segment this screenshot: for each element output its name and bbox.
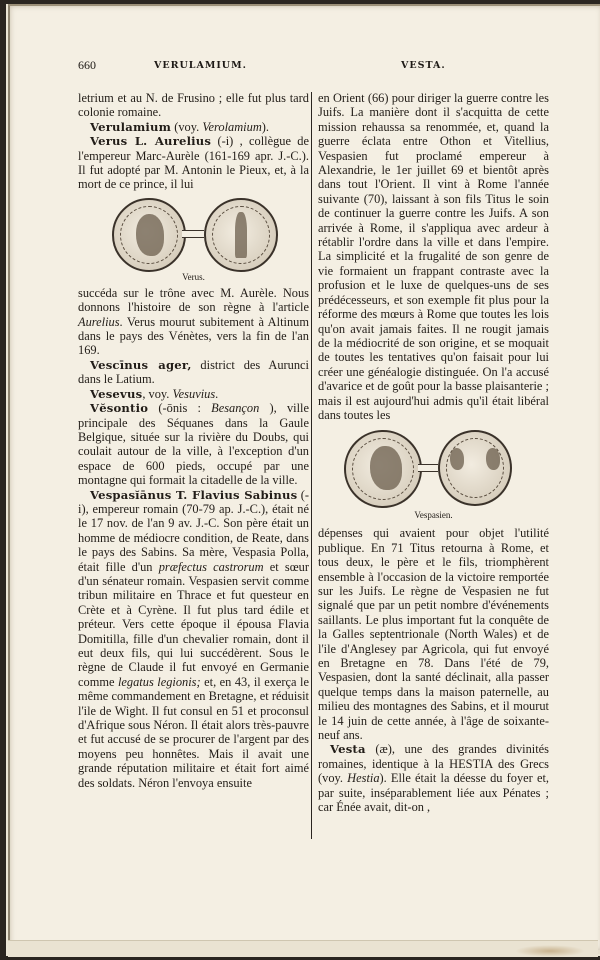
column-divider	[311, 92, 312, 839]
page-bottom-edge	[8, 940, 598, 957]
entry-vesontio: Vĕsontio (-ōnis : Besançon ), ville prin…	[78, 401, 309, 487]
headword: Verulamium	[90, 120, 171, 134]
right-running-head: VESTA.	[401, 60, 446, 71]
entry-vescinus: Vescīnus ager, district des Aurunci dans…	[78, 358, 309, 387]
coin-figure-verus: Verus.	[78, 198, 309, 282]
headword: Vesevus	[90, 387, 142, 401]
figure-caption: Vespasien.	[318, 508, 549, 522]
coin-reverse	[204, 198, 278, 272]
headword: Vespasĭānus T. Flavius Sabinus	[90, 488, 297, 502]
cross-reference: Hestia	[347, 771, 379, 785]
entry-vespasianus-cont: en Orient (66) pour diriger la guerre co…	[318, 91, 549, 422]
headword: Vĕsontio	[90, 401, 148, 415]
entry-verus-cont: succéda sur le trône avec M. Aurèle. Nou…	[78, 286, 309, 358]
continuation-text: letrium et au N. de Frusino ; elle fut p…	[78, 91, 309, 120]
entry-vespasianus-cont-2: dépenses qui avaient pour objet l'utilit…	[318, 526, 549, 742]
coin-connector	[182, 230, 204, 238]
left-column: letrium et au N. de Frusino ; elle fut p…	[78, 91, 309, 790]
animal-figure-left	[450, 448, 464, 470]
entry-vesevus: Vesevus, voy. Vesuvius.	[78, 387, 309, 401]
page-number: 660	[78, 58, 96, 73]
cross-reference: Besançon	[211, 401, 259, 415]
paper-stain	[515, 945, 585, 957]
coin-connector	[418, 464, 438, 472]
cross-reference: Verolamium	[202, 120, 261, 134]
figure-caption: Verus.	[78, 270, 309, 284]
headword: Vescīnus ager,	[90, 358, 192, 372]
entry-verulamium: Verulamium (voy. Verolamium).	[78, 120, 309, 134]
headword: Vesta	[330, 742, 366, 756]
headword: Verus L. Aurelius	[90, 134, 211, 148]
entry-vesta: Vesta (æ), une des grandes divinités rom…	[318, 742, 549, 814]
coin-figure-vespasien: Vespasien.	[318, 430, 549, 522]
coin-reverse	[438, 430, 512, 506]
coin-obverse	[112, 198, 186, 272]
cross-reference: Aurelius	[78, 315, 120, 329]
left-running-head: VERULAMIUM.	[154, 60, 247, 71]
entry-verus: Verus L. Aurelius (-i) , collègue de l'e…	[78, 134, 309, 192]
portrait-bust	[370, 446, 402, 490]
portrait-bust	[136, 214, 164, 256]
animal-figure-right	[486, 448, 500, 470]
entry-vespasianus: Vespasĭānus T. Flavius Sabinus (-i), emp…	[78, 488, 309, 791]
running-header: 660 VERULAMIUM. VESTA.	[78, 58, 533, 74]
coin-obverse	[344, 430, 422, 508]
cross-reference: Vesuvius	[172, 387, 215, 401]
standing-figure	[235, 212, 247, 258]
right-column: en Orient (66) pour diriger la guerre co…	[318, 91, 549, 814]
